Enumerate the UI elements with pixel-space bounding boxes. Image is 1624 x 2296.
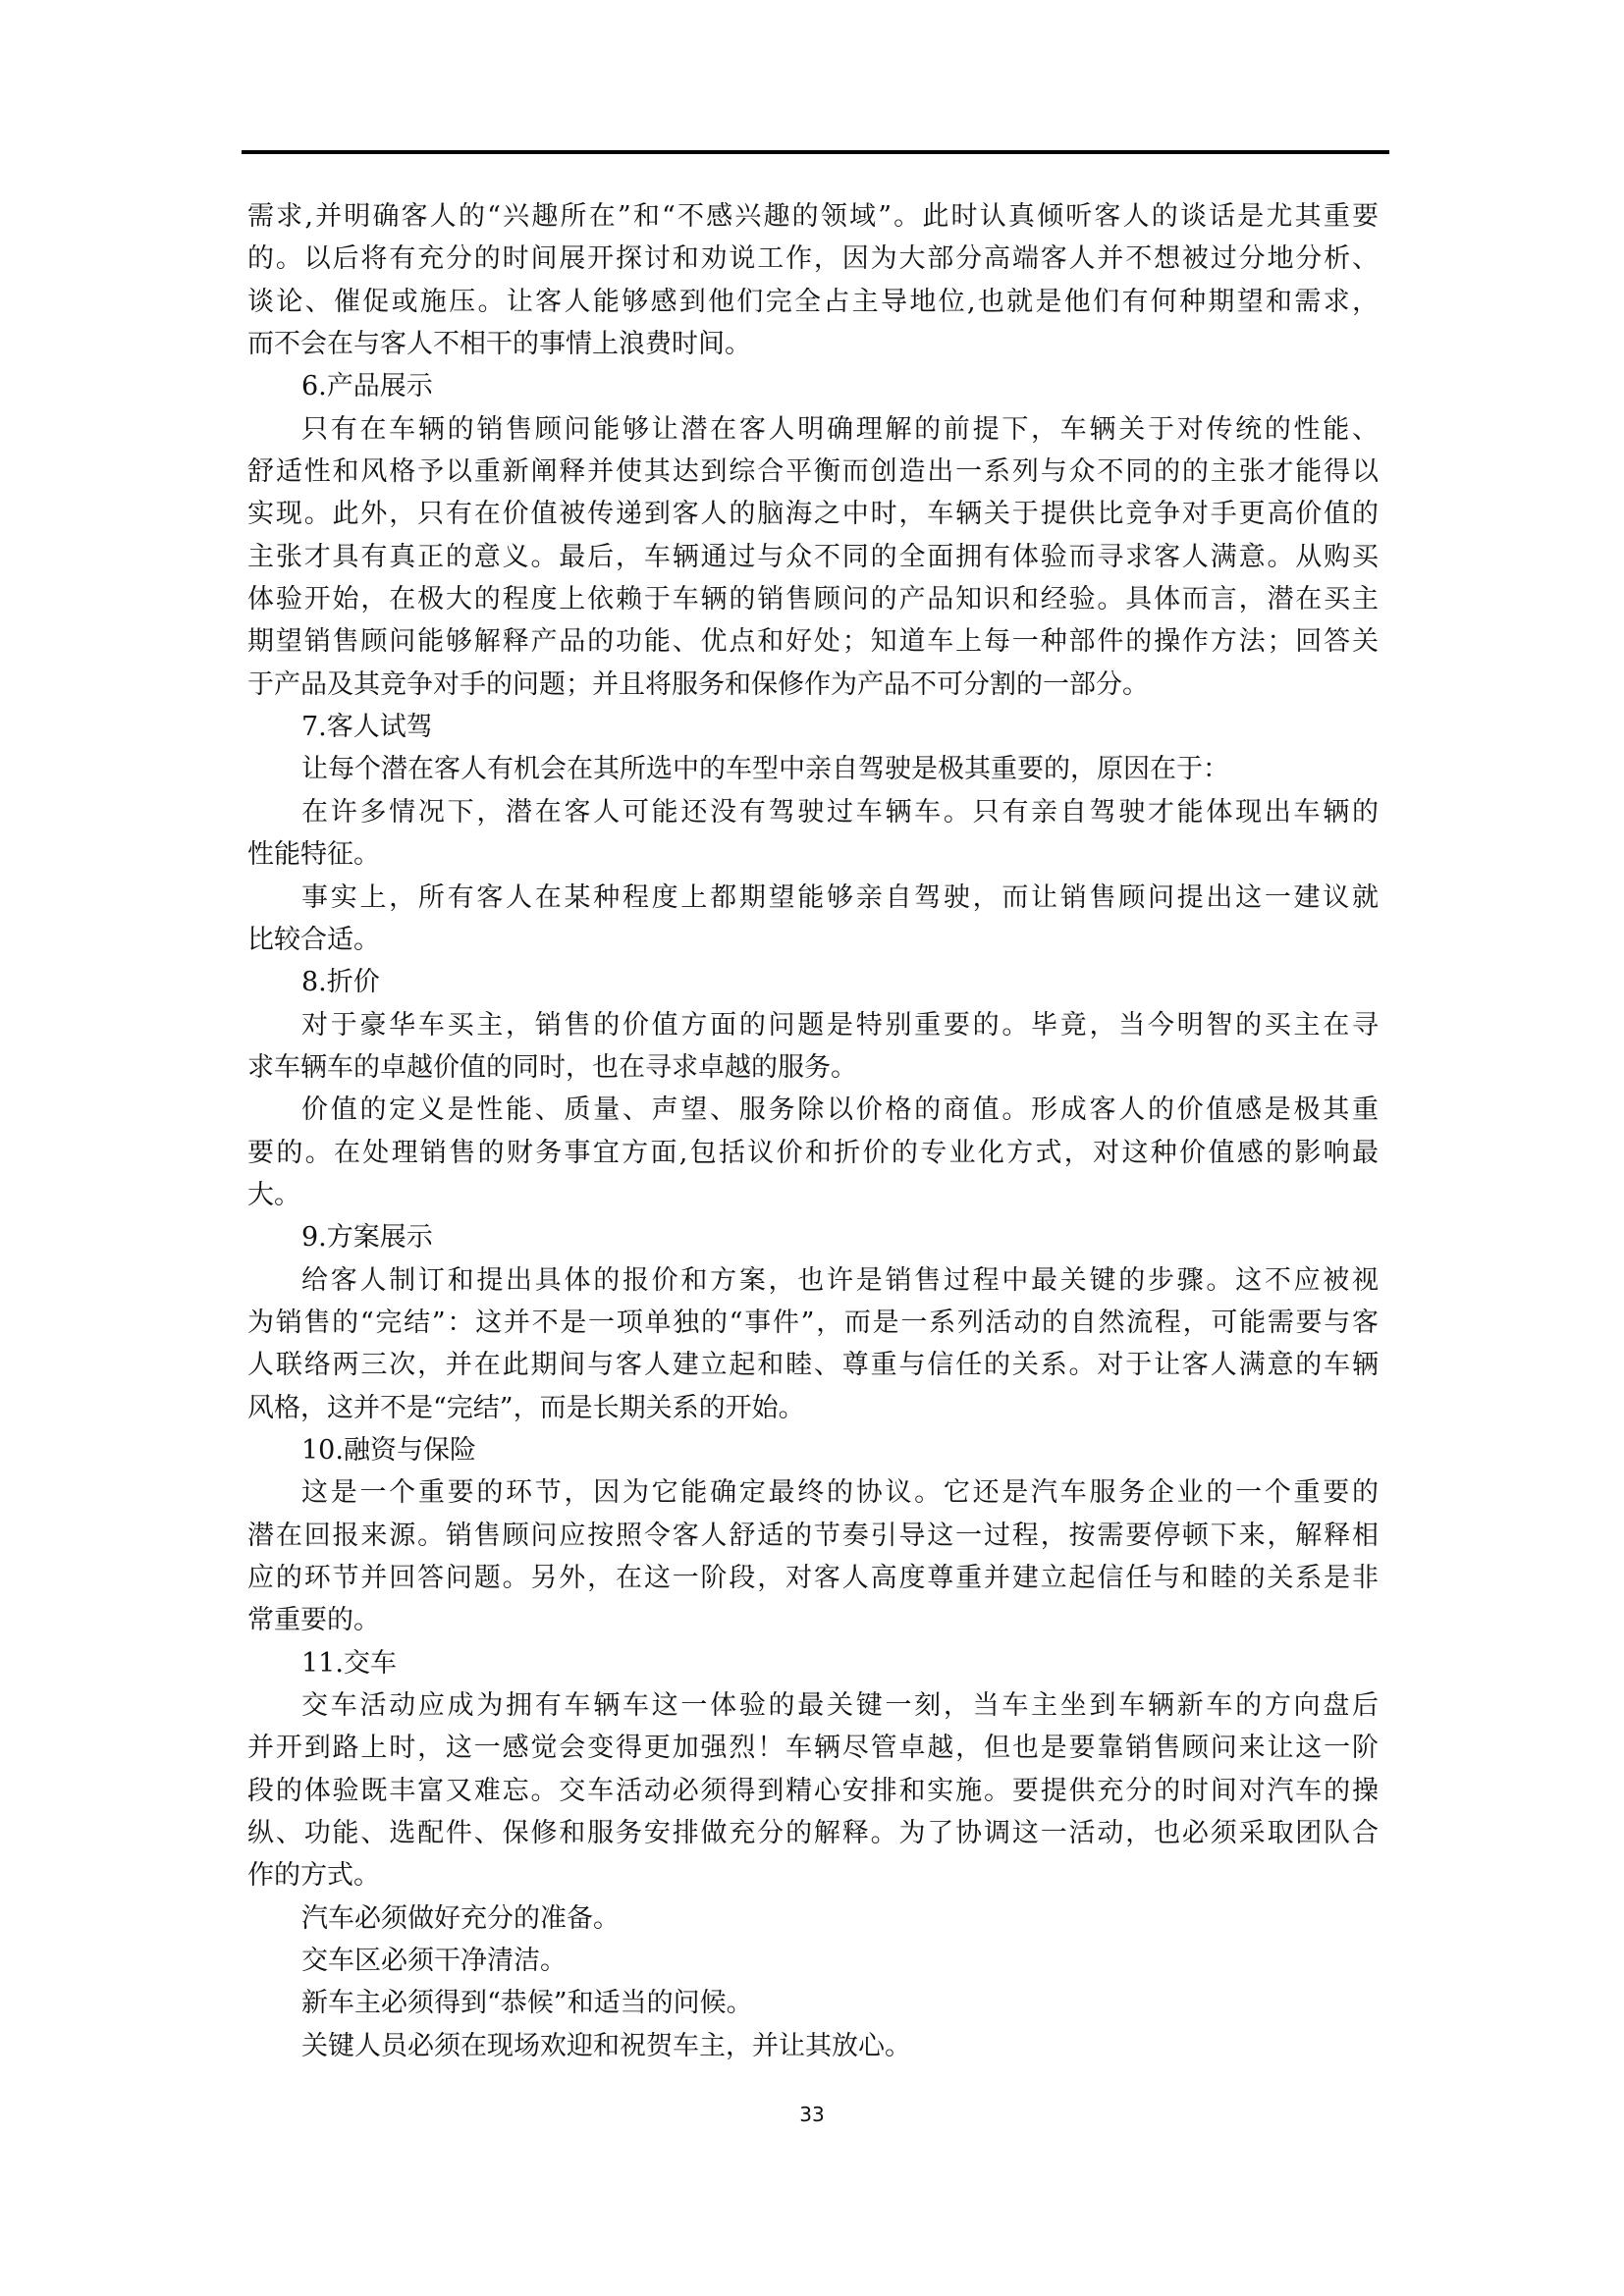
text-line: 让每个潜在客人有机会在其所选中的车型中亲自驾驶是极其重要的，原因在于： bbox=[247, 748, 1379, 790]
section-financing-insurance: 10.融资与保险 这是一个重要的环节，因为它能确定最终的协议。它还是汽车服务企业… bbox=[247, 1429, 1379, 1642]
text-line: 人联络两三次，并在此期间与客人建立起和睦、尊重与信任的关系。对于让客人满意的车辆 bbox=[247, 1344, 1379, 1386]
text-line: 要的。在处理销售的财务事宜方面,包括议价和折价的专业化方式，对这种价值感的影响最 bbox=[247, 1132, 1379, 1174]
text-line: 体验开始，在极大的程度上依赖于车辆的销售顾问的产品知识和经验。具体而言，潜在买主 bbox=[247, 578, 1379, 620]
text-line: 对于豪华车买主，销售的价值方面的问题是特别重要的。毕竟，当今明智的买主在寻 bbox=[247, 1004, 1379, 1046]
text-line: 只有在车辆的销售顾问能够让潜在客人明确理解的前提下，车辆关于对传统的性能、 bbox=[247, 408, 1379, 451]
section-heading: 6.产品展示 bbox=[247, 365, 1379, 407]
text-line: 应的环节并回答问题。另外，在这一阶段，对客人高度尊重并建立起信任与和睦的关系是非 bbox=[247, 1557, 1379, 1599]
text-line: 并开到路上时，这一感觉会变得更加强烈！车辆尽管卓越，但也是要靠销售顾问来让这一阶 bbox=[247, 1727, 1379, 1769]
intro-paragraph: 需求,并明确客人的“兴趣所在”和“不感兴趣的领域”。此时认真倾听客人的谈话是尤其… bbox=[247, 195, 1379, 365]
text-line: 比较合适。 bbox=[247, 919, 1379, 961]
page-number: 33 bbox=[0, 2103, 1624, 2126]
list-item: 汽车必须做好充分的准备。 bbox=[247, 1897, 1379, 1940]
text-line: 这是一个重要的环节，因为它能确定最终的协议。它还是汽车服务企业的一个重要的 bbox=[247, 1471, 1379, 1514]
text-line: 事实上，所有客人在某种程度上都期望能够亲自驾驶，而让销售顾问提出这一建议就 bbox=[247, 877, 1379, 919]
text-line: 的。以后将有充分的时间展开探讨和劝说工作，因为大部分高端客人并不想被过分地分析、 bbox=[247, 238, 1379, 280]
text-line: 期望销售顾问能够解释产品的功能、优点和好处；知道车上每一种部件的操作方法；回答关 bbox=[247, 620, 1379, 663]
text-line: 于产品及其竞争对手的问题；并且将服务和保修作为产品不可分割的一部分。 bbox=[247, 664, 1379, 706]
section-proposal-presentation: 9.方案展示 给客人制订和提出具体的报价和方案，也许是销售过程中最关键的步骤。这… bbox=[247, 1216, 1379, 1429]
text-line: 交车活动应成为拥有车辆车这一体验的最关键一刻，当车主坐到车辆新车的方向盘后 bbox=[247, 1684, 1379, 1727]
section-heading: 11.交车 bbox=[247, 1642, 1379, 1684]
text-line: 求车辆车的卓越价值的同时，也在寻求卓越的服务。 bbox=[247, 1046, 1379, 1089]
section-delivery: 11.交车 交车活动应成为拥有车辆车这一体验的最关键一刻，当车主坐到车辆新车的方… bbox=[247, 1642, 1379, 2067]
text-line: 作的方式。 bbox=[247, 1854, 1379, 1896]
section-heading: 10.融资与保险 bbox=[247, 1429, 1379, 1471]
text-line: 风格，这并不是“完结”，而是长期关系的开始。 bbox=[247, 1387, 1379, 1429]
text-line: 舒适性和风格予以重新阐释并使其达到综合平衡而创造出一系列与众不同的的主张才能得以 bbox=[247, 451, 1379, 493]
section-heading: 8.折价 bbox=[247, 961, 1379, 1003]
text-line: 谈论、催促或施压。让客人能够感到他们完全占主导地位,也就是他们有何种期望和需求， bbox=[247, 281, 1379, 323]
list-item: 关键人员必须在现场欢迎和祝贺车主，并让其放心。 bbox=[247, 2025, 1379, 2067]
text-line: 常重要的。 bbox=[247, 1599, 1379, 1641]
list-item: 交车区必须干净清洁。 bbox=[247, 1940, 1379, 1982]
text-line: 大。 bbox=[247, 1174, 1379, 1216]
section-trade-in: 8.折价 对于豪华车买主，销售的价值方面的问题是特别重要的。毕竟，当今明智的买主… bbox=[247, 961, 1379, 1216]
page-body: 需求,并明确客人的“兴趣所在”和“不感兴趣的领域”。此时认真倾听客人的谈话是尤其… bbox=[247, 195, 1379, 2067]
text-line: 主张才具有真正的意义。最后，车辆通过与众不同的全面拥有体验而寻求客人满意。从购买 bbox=[247, 536, 1379, 578]
section-heading: 9.方案展示 bbox=[247, 1216, 1379, 1258]
text-line: 在许多情况下，潜在客人可能还没有驾驶过车辆车。只有亲自驾驶才能体现出车辆的 bbox=[247, 791, 1379, 833]
text-line: 而不会在与客人不相干的事情上浪费时间。 bbox=[247, 323, 1379, 365]
text-line: 需求,并明确客人的“兴趣所在”和“不感兴趣的领域”。此时认真倾听客人的谈话是尤其… bbox=[247, 195, 1379, 238]
text-line: 潜在回报来源。销售顾问应按照令客人舒适的节奏引导这一过程，按需要停顿下来，解释相 bbox=[247, 1515, 1379, 1557]
text-line: 性能特征。 bbox=[247, 833, 1379, 876]
text-line: 段的体验既丰富又难忘。交车活动必须得到精心安排和实施。要提供充分的时间对汽车的操 bbox=[247, 1770, 1379, 1812]
list-item: 新车主必须得到“恭候”和适当的问候。 bbox=[247, 1982, 1379, 2024]
text-line: 为销售的“完结”：这并不是一项单独的“事件”，而是一系列活动的自然流程，可能需要… bbox=[247, 1302, 1379, 1344]
text-line: 实现。此外，只有在价值被传递到客人的脑海之中时，车辆关于提供比竞争对手更高价值的 bbox=[247, 493, 1379, 535]
text-line: 价值的定义是性能、质量、声望、服务除以价格的商值。形成客人的价值感是极其重 bbox=[247, 1089, 1379, 1131]
section-product-presentation: 6.产品展示 只有在车辆的销售顾问能够让潜在客人明确理解的前提下，车辆关于对传统… bbox=[247, 365, 1379, 706]
text-line: 纵、功能、选配件、保修和服务安排做充分的解释。为了协调这一活动，也必须采取团队合 bbox=[247, 1812, 1379, 1854]
section-heading: 7.客人试驾 bbox=[247, 706, 1379, 748]
header-rule bbox=[242, 150, 1389, 154]
text-line: 给客人制订和提出具体的报价和方案，也许是销售过程中最关键的步骤。这不应被视 bbox=[247, 1259, 1379, 1302]
section-test-drive: 7.客人试驾 让每个潜在客人有机会在其所选中的车型中亲自驾驶是极其重要的，原因在… bbox=[247, 706, 1379, 961]
